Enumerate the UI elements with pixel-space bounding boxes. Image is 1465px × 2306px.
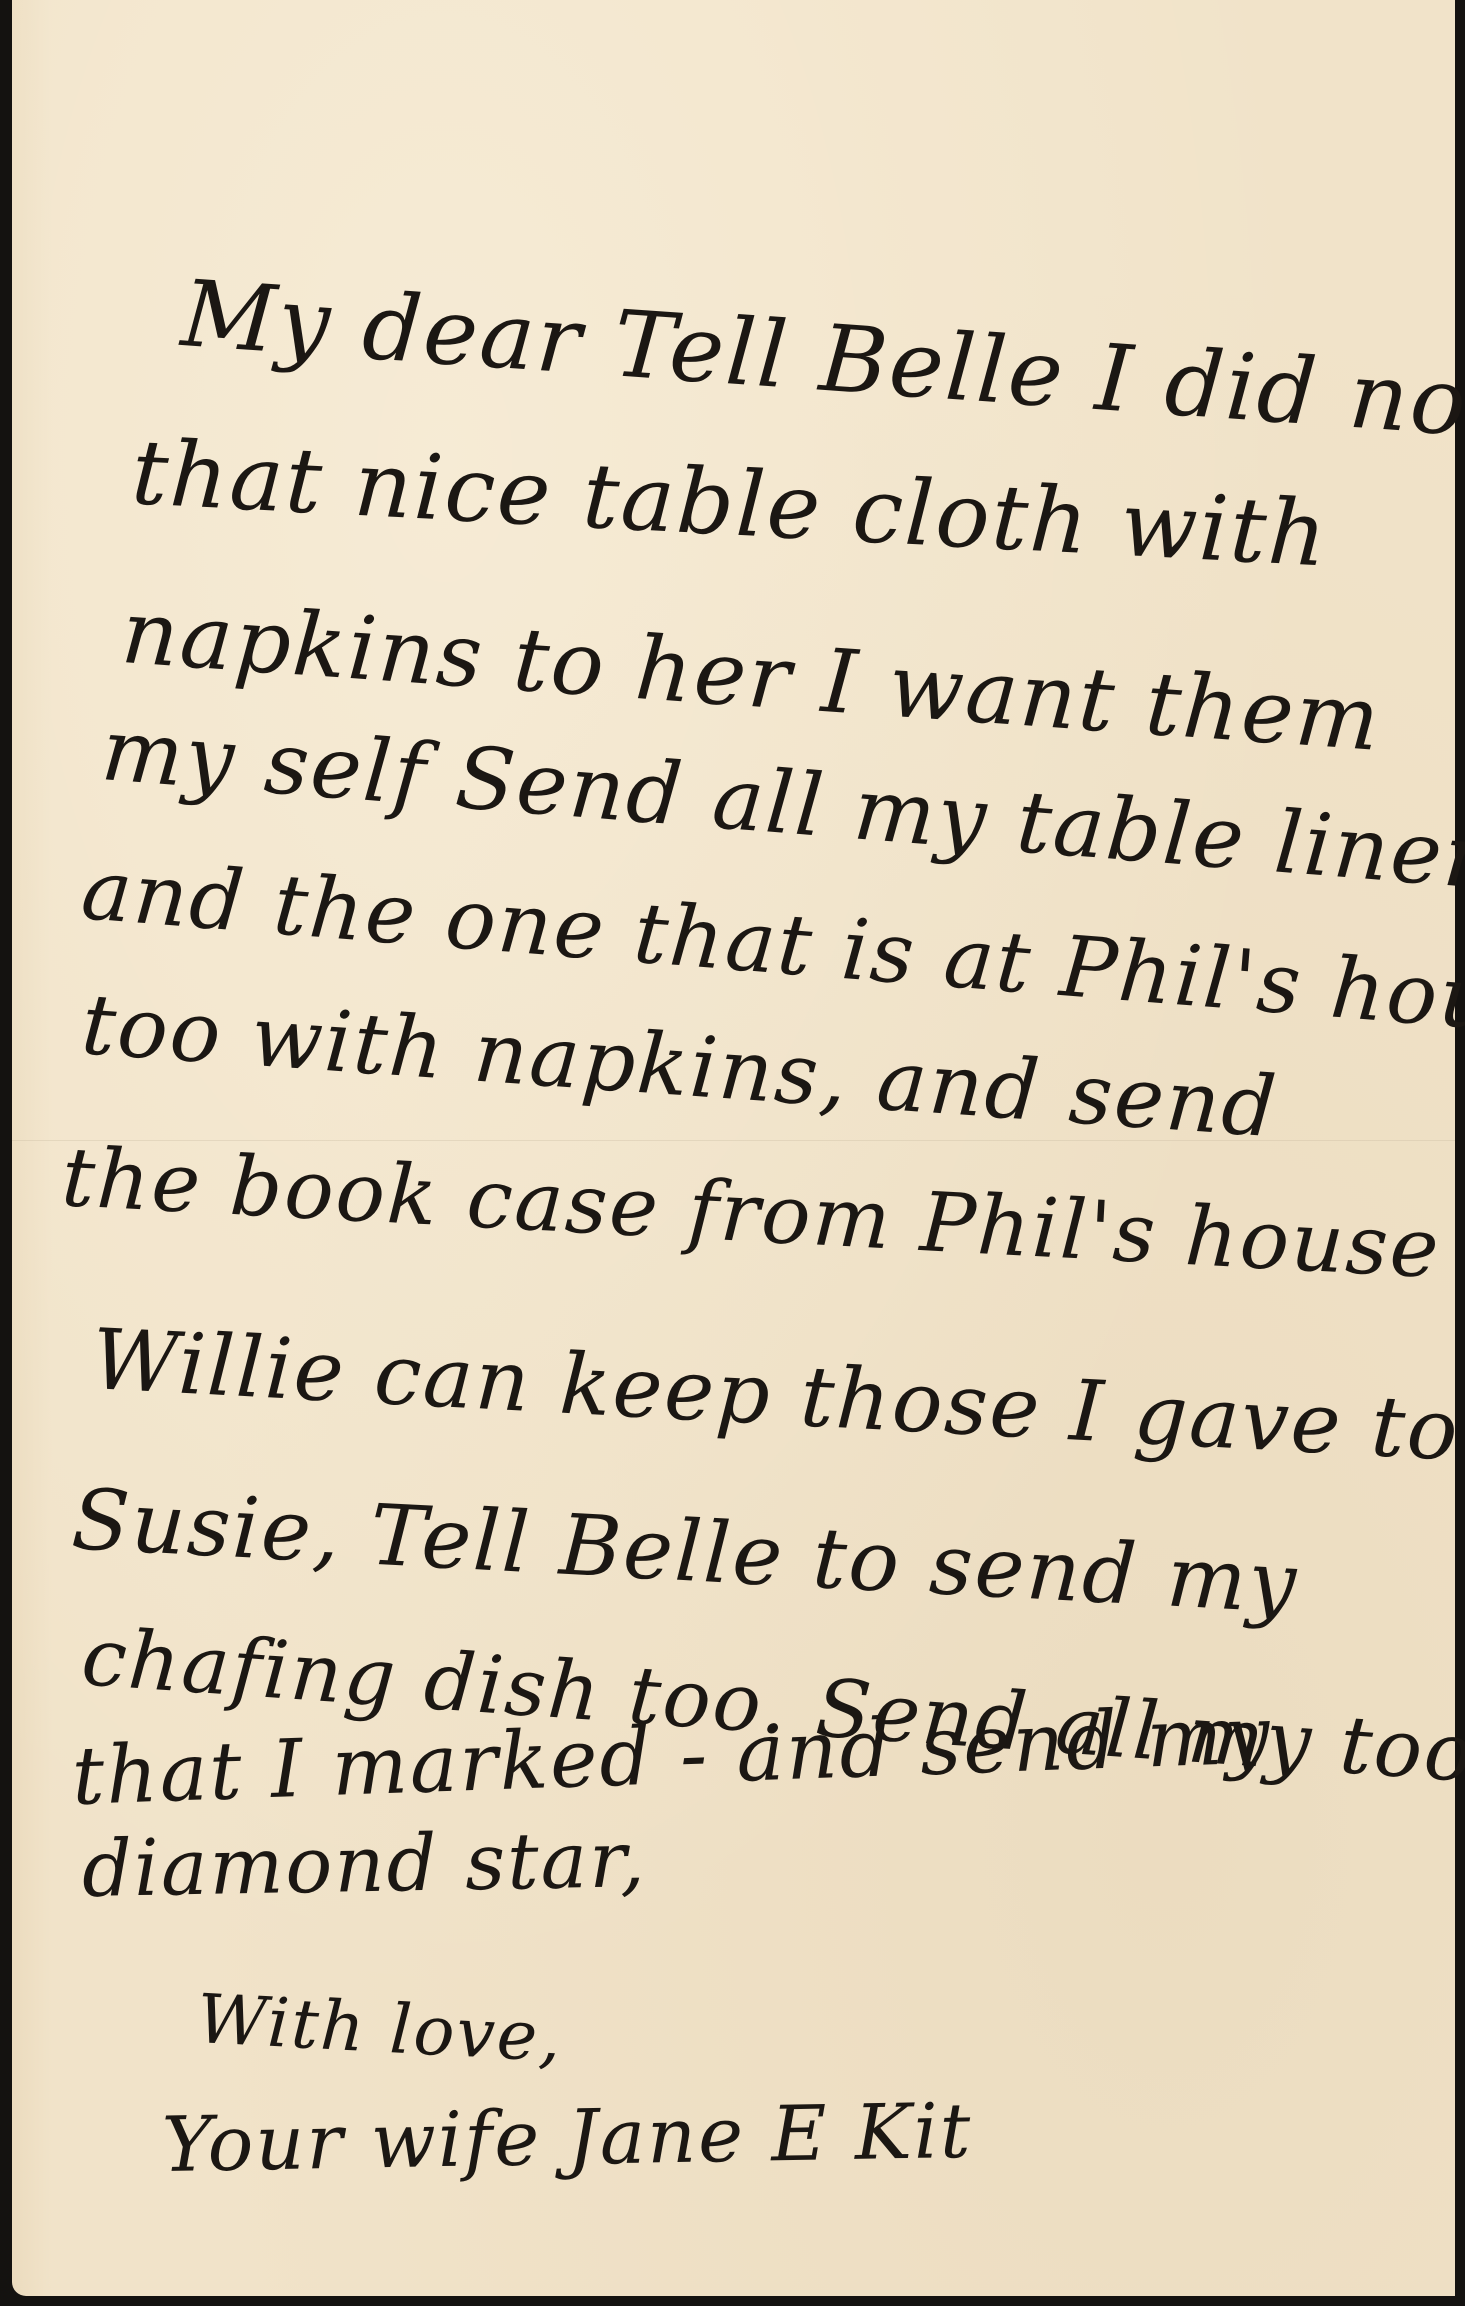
letter-line-8: Willie can keep those I gave to — [89, 1310, 1462, 1480]
letter-paper: My dear Tell Belle I did not give that n… — [12, 0, 1455, 2296]
letter-line-2: that nice table cloth with — [129, 420, 1331, 588]
letter-line-12: diamond star, — [81, 1815, 647, 1915]
letter-line-9: Susie, Tell Belle to send my — [69, 1470, 1300, 1632]
letter-closing: With love, — [195, 1980, 565, 2078]
letter-signature: Your wife Jane E Kit — [161, 2086, 973, 2189]
letter-line-7: the book case from Phil's house too, — [60, 1130, 1465, 1307]
